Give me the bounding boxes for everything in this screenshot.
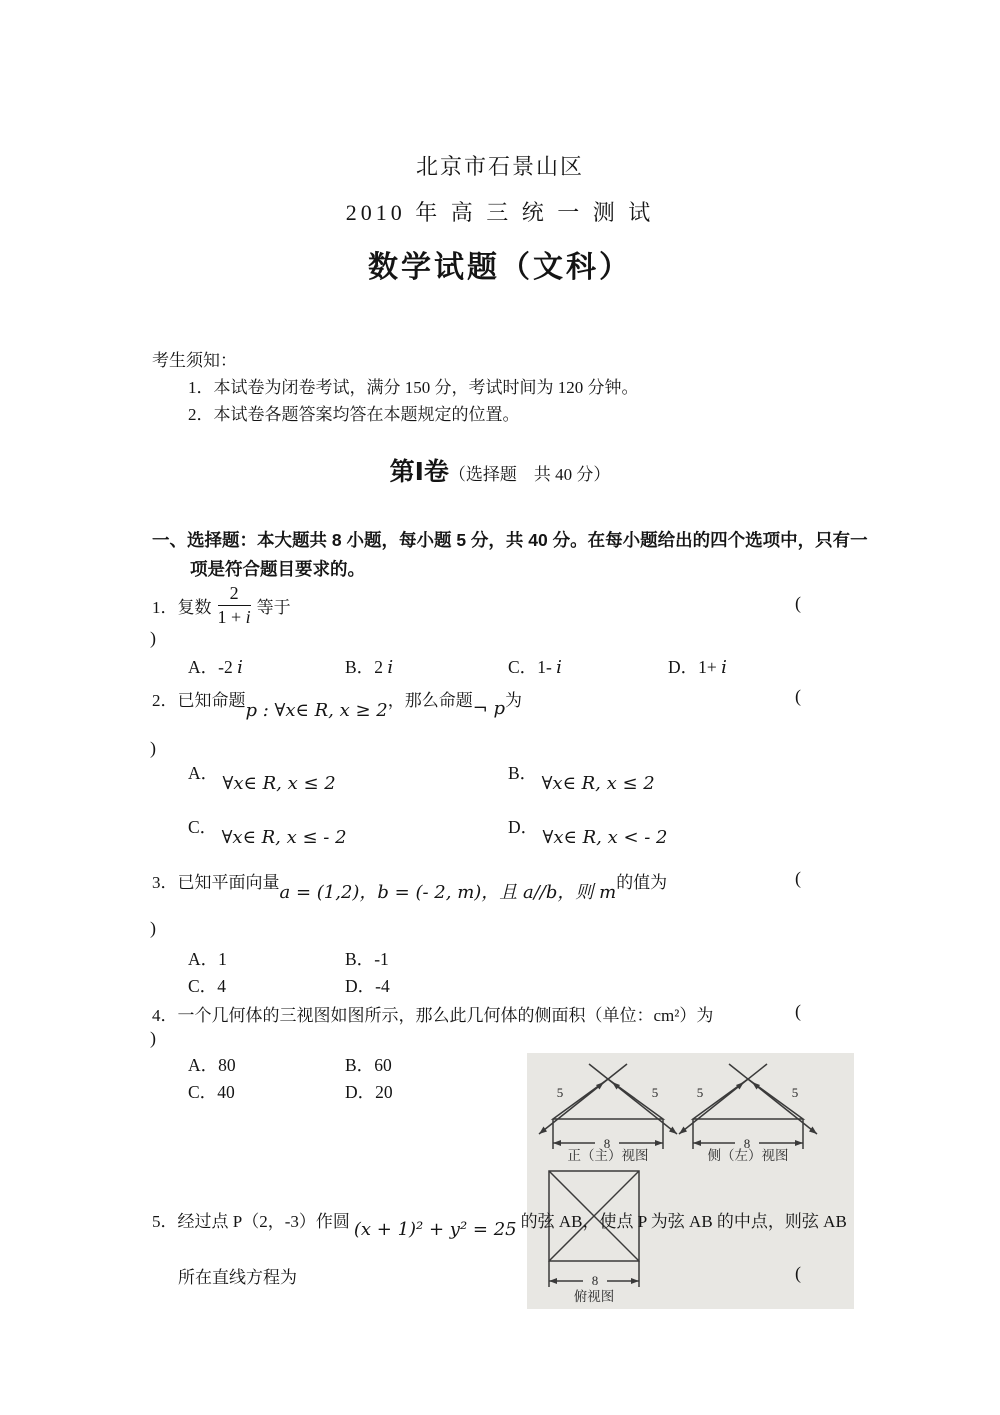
front-view-diagram: 5 5 8 正（主）视图 xyxy=(533,1057,683,1162)
q3-formula: a = (1,2)，b = (- 2, m)，且 a//b，则 m xyxy=(280,878,617,904)
section-subtitle: （选择题 共 40 分） xyxy=(449,465,611,484)
q3-number: 3． xyxy=(152,868,178,893)
q1-open-paren: ( xyxy=(795,593,801,614)
district-title: 北京市石景山区 xyxy=(0,150,1000,181)
q4-option-d: D．20 xyxy=(345,1079,393,1104)
q1-prefix: 复数 xyxy=(178,593,212,618)
section-title: 第Ⅰ卷 xyxy=(390,458,449,486)
front-view-left-dim: 5 xyxy=(557,1085,564,1100)
side-view-caption: 侧（左）视图 xyxy=(708,1148,789,1162)
front-view-right-dim: 5 xyxy=(652,1085,659,1100)
q3-open-paren: ( xyxy=(795,868,801,889)
exam-year-title: 2010 年 高 三 统 一 测 试 xyxy=(0,196,1000,227)
notice-title: 考生须知： xyxy=(152,346,237,371)
q5-stem-line1: 5． 经过点 P（2，-3）作圆 (x + 1)² + y² = 25 的弦 A… xyxy=(152,1207,847,1232)
q2-option-b: B． ∀x∈ R, x ≤ 2 xyxy=(508,760,655,785)
q1-suffix: 等于 xyxy=(257,593,291,618)
q4-open-paren: ( xyxy=(795,1001,801,1022)
q1-fraction: 2 1 + i xyxy=(218,583,251,627)
q2-open-paren: ( xyxy=(795,686,801,707)
part1-heading-line1: 一、选择题：本大题共 8 小题，每小题 5 分，共 40 分。在每小题给出的四个… xyxy=(152,527,868,552)
q2-option-c: C． ∀x∈ R, x ≤ - 2 xyxy=(188,814,347,839)
q4-option-b: B．60 xyxy=(345,1052,392,1077)
q1-fraction-bar xyxy=(218,605,251,606)
q1-fraction-numerator: 2 xyxy=(230,583,239,604)
q1-number: 1． xyxy=(152,593,178,618)
q5-post: 的弦 AB，使点 P 为弦 AB 的中点，则弦 AB xyxy=(521,1207,847,1232)
q3-stem: 3． 已知平面向量 a = (1,2)，b = (- 2, m)，且 a//b，… xyxy=(152,868,667,894)
q1-stem: 1． 复数 2 1 + i 等于 xyxy=(152,583,291,627)
front-view-caption: 正（主）视图 xyxy=(568,1148,649,1162)
q2-mid: ，那么命题 xyxy=(388,686,473,711)
top-view-diagram: 8 俯视图 xyxy=(541,1165,661,1305)
q4-stem: 4． 一个几何体的三视图如图所示，那么此几何体的侧面积（单位：cm²）为 xyxy=(152,1001,713,1026)
q2-option-a: A． ∀x∈ R, x ≤ 2 xyxy=(188,760,336,785)
paper-title: 数学试题（文科） xyxy=(0,242,1000,286)
q1-option-c: C．1- i xyxy=(508,654,562,679)
q4-number: 4． xyxy=(152,1001,178,1026)
q5-number: 5． xyxy=(152,1207,178,1232)
q2-stem: 2． 已知命题 p : ∀x∈ R, x ≥ 2 ，那么命题 ¬ p 为 xyxy=(152,686,522,711)
q5-stem-line2: 所在直线方程为 xyxy=(178,1263,297,1288)
q2-close-paren: ) xyxy=(150,738,156,759)
exam-page: 北京市石景山区 2010 年 高 三 统 一 测 试 数学试题（文科） 考生须知… xyxy=(0,0,1000,1415)
q1-option-a: A．-2 i xyxy=(188,654,243,679)
q1-fraction-denominator: 1 + i xyxy=(218,607,251,628)
q1-option-b: B．2 i xyxy=(345,654,393,679)
q4-option-a: A．80 xyxy=(188,1052,236,1077)
q5-open-paren: ( xyxy=(795,1263,801,1284)
q3-option-c: C．4 xyxy=(188,973,226,998)
q3-option-a: A．1 xyxy=(188,946,227,971)
q2-suffix: 为 xyxy=(505,686,522,711)
q3-option-b: B．-1 xyxy=(345,946,389,971)
q2-prefix: 已知命题 xyxy=(178,686,246,711)
q4-text: 一个几何体的三视图如图所示，那么此几何体的侧面积（单位：cm²）为 xyxy=(178,1001,714,1026)
q2-number: 2． xyxy=(152,686,178,711)
q4-close-paren: ) xyxy=(150,1028,156,1049)
three-view-figure: 5 5 8 正（主）视图 5 xyxy=(527,1053,854,1309)
notice-item-1: 1．本试卷为闭卷考试，满分 150 分，考试时间为 120 分钟。 xyxy=(188,373,639,398)
side-view-left-dim: 5 xyxy=(697,1085,704,1100)
top-view-caption: 俯视图 xyxy=(574,1289,615,1304)
top-view-base-dim: 8 xyxy=(592,1273,599,1288)
section-header: 第Ⅰ卷（选择题 共 40 分） xyxy=(0,452,1000,488)
q2-negation: ¬ p xyxy=(473,698,505,719)
q5-prefix: 经过点 P（2，-3）作圆 xyxy=(178,1207,350,1232)
q3-close-paren: ) xyxy=(150,918,156,939)
q2-formula: p : ∀x∈ R, x ≥ 2 xyxy=(246,700,388,721)
notice-item-2: 2．本试卷各题答案均答在本题规定的位置。 xyxy=(188,400,520,425)
q3-suffix: 的值为 xyxy=(616,868,667,893)
q4-option-c: C．40 xyxy=(188,1079,235,1104)
side-view-right-dim: 5 xyxy=(792,1085,799,1100)
q3-prefix: 已知平面向量 xyxy=(178,868,280,893)
q3-option-d: D．-4 xyxy=(345,973,390,998)
q2-option-d: D． ∀x∈ R, x < - 2 xyxy=(508,814,668,839)
q1-close-paren: ) xyxy=(150,628,156,649)
side-view-diagram: 5 5 8 侧（左）视图 xyxy=(673,1057,823,1162)
q5-circle-equation: (x + 1)² + y² = 25 xyxy=(354,1219,517,1240)
q1-option-d: D．1+ i xyxy=(668,654,727,679)
part1-heading-line2: 项是符合题目要求的。 xyxy=(190,556,365,581)
